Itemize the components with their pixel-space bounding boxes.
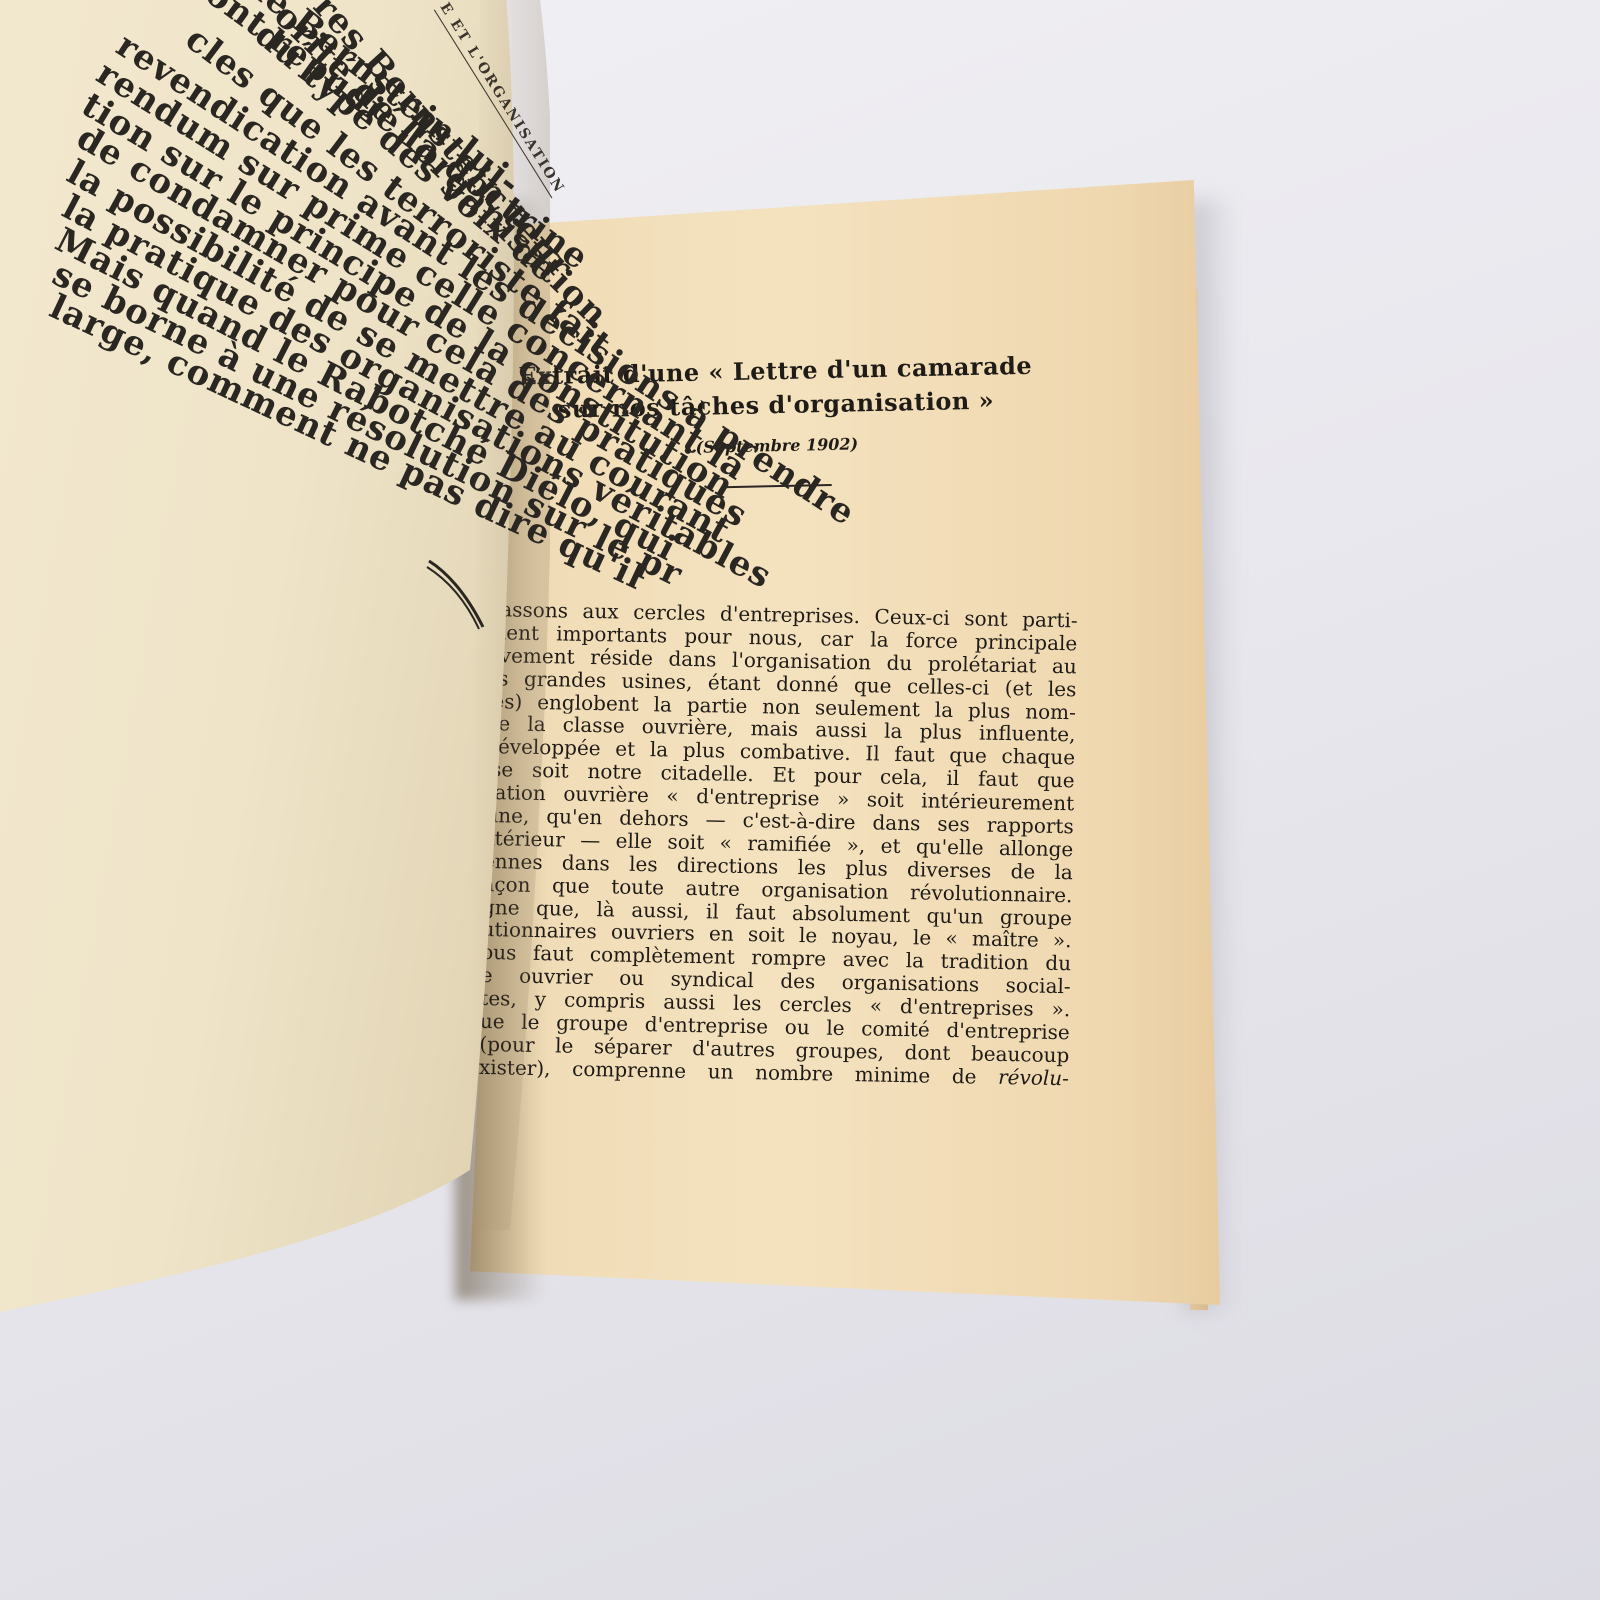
left-page-text: E ET L'ORGANISATION de Bernstein lui- on…: [0, 0, 560, 520]
pencil-annotation-mark: [425, 555, 495, 635]
italic-word: révolu-: [998, 1065, 1069, 1090]
book-photo: Extrait d'une « Lettre d'un camarade sur…: [0, 0, 1600, 1600]
body-paragraph: Passons aux cercles d'entreprises. Ceux-…: [479, 598, 1078, 1090]
